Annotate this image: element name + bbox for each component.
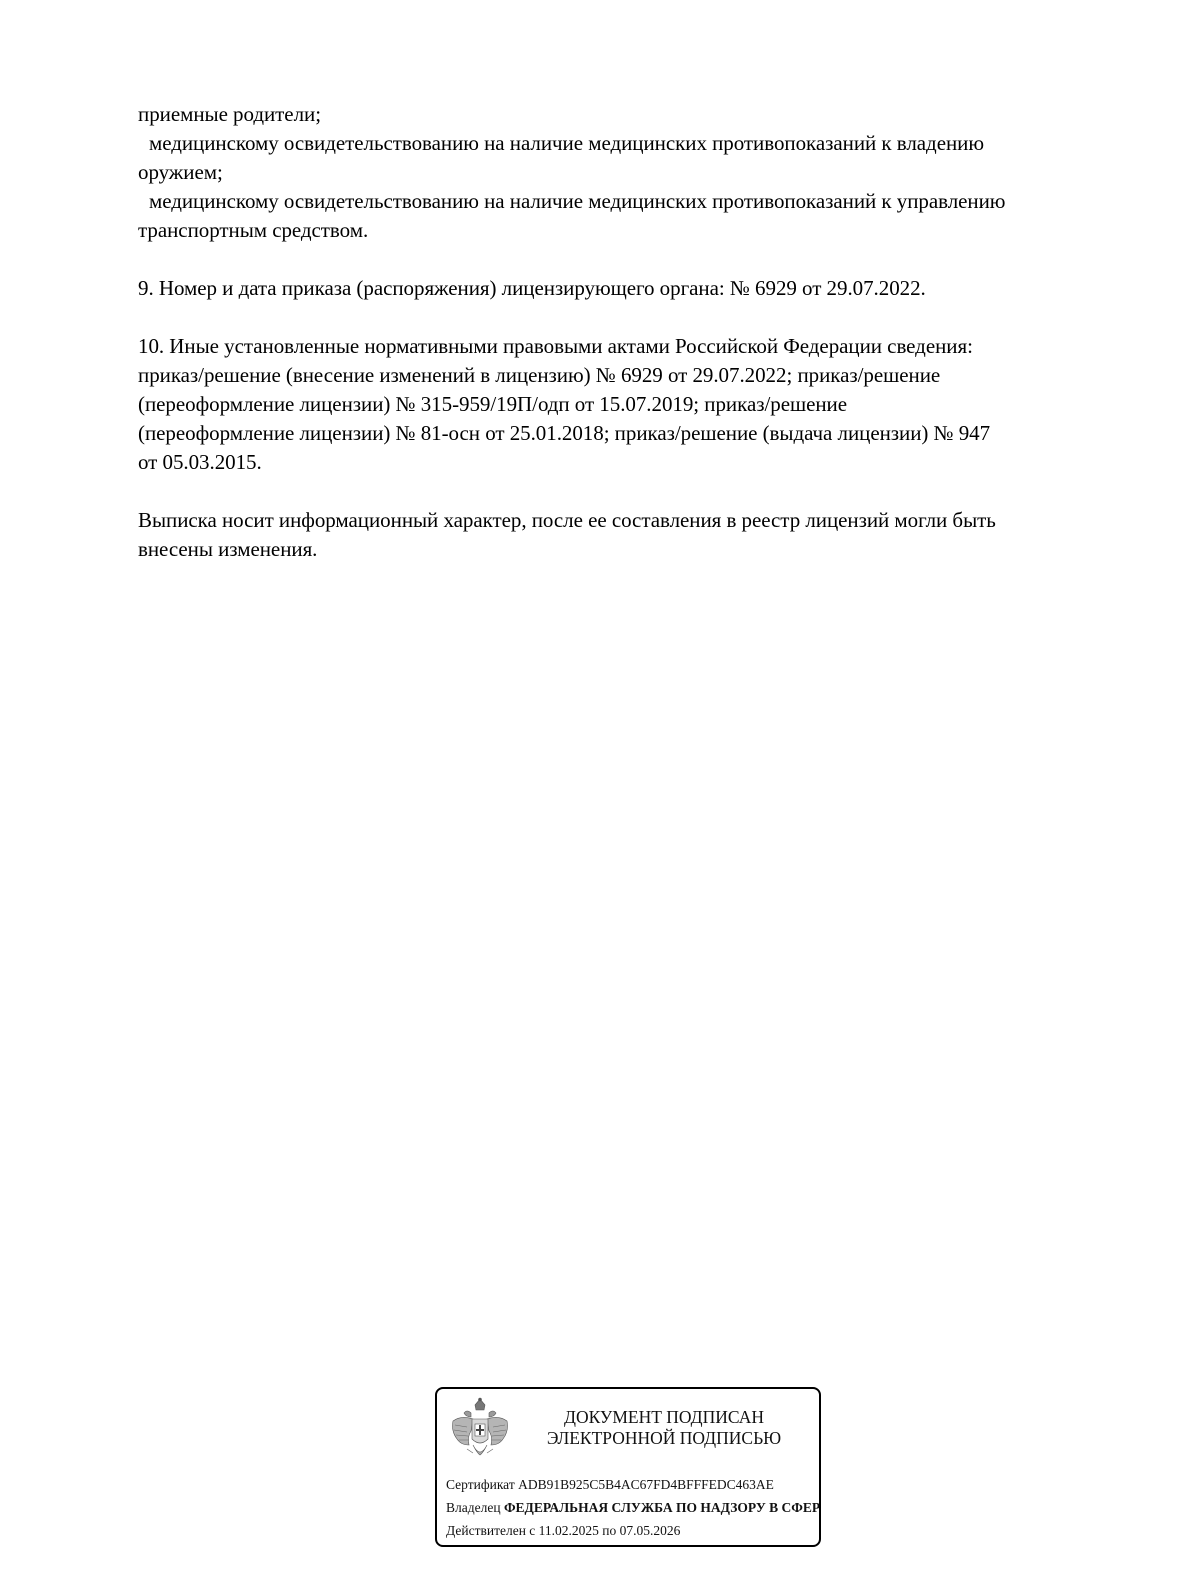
coat-of-arms-eagle-icon [447,1397,513,1467]
certificate-value: ADB91B925C5B4AC67FD4BFFFEDC463AE [518,1477,774,1492]
continuation-line: оружием; [138,158,1128,187]
disclaimer-line: внесены изменения. [138,535,1128,564]
owner-value: ФЕДЕРАЛЬНАЯ СЛУЖБА ПО НАДЗОРУ В СФЕРЕ ЗД… [504,1500,821,1515]
electronic-signature-stamp: ДОКУМЕНТ ПОДПИСАН ЭЛЕКТРОННОЙ ПОДПИСЬЮ С… [435,1387,821,1547]
section-10-line: приказ/решение (внесение изменений в лиц… [138,361,1128,390]
continuation-line: транспортным средством. [138,216,1128,245]
owner-label: Владелец [446,1500,501,1515]
signature-title-line2: ЭЛЕКТРОННОЙ ПОДПИСЬЮ [529,1428,799,1449]
paragraph-gap [138,303,1128,332]
section-10-line: от 05.03.2015. [138,448,1128,477]
disclaimer-line: Выписка носит информационный характер, п… [138,506,1128,535]
document-body: приемные родители; медицинскому освидете… [138,100,1128,564]
certificate-row: Сертификат ADB91B925C5B4AC67FD4BFFFEDC46… [446,1473,821,1496]
owner-row: Владелец ФЕДЕРАЛЬНАЯ СЛУЖБА ПО НАДЗОРУ В… [446,1496,821,1519]
paragraph-gap [138,477,1128,506]
section-10-line: (переоформление лицензии) № 315-959/19П/… [138,390,1128,419]
disclaimer: Выписка носит информационный характер, п… [138,506,1128,564]
continuation-line: медицинскому освидетельствованию на нали… [138,129,1128,158]
section-10-other-info: 10. Иные установленные нормативными прав… [138,332,1128,477]
validity-row: Действителен с 11.02.2025 по 07.05.2026 [446,1519,821,1542]
signature-title: ДОКУМЕНТ ПОДПИСАН ЭЛЕКТРОННОЙ ПОДПИСЬЮ [529,1407,799,1449]
section-10-line: (переоформление лицензии) № 81-осн от 25… [138,419,1128,448]
signature-details: Сертификат ADB91B925C5B4AC67FD4BFFFEDC46… [446,1473,821,1542]
certificate-label: Сертификат [446,1477,515,1492]
signature-title-line1: ДОКУМЕНТ ПОДПИСАН [529,1407,799,1428]
section-9-order-number: 9. Номер и дата приказа (распоряжения) л… [138,274,1128,303]
continuation-line: медицинскому освидетельствованию на нали… [138,187,1128,216]
paragraph-gap [138,245,1128,274]
continuation-line: приемные родители; [138,100,1128,129]
section-10-line: 10. Иные установленные нормативными прав… [138,332,1128,361]
